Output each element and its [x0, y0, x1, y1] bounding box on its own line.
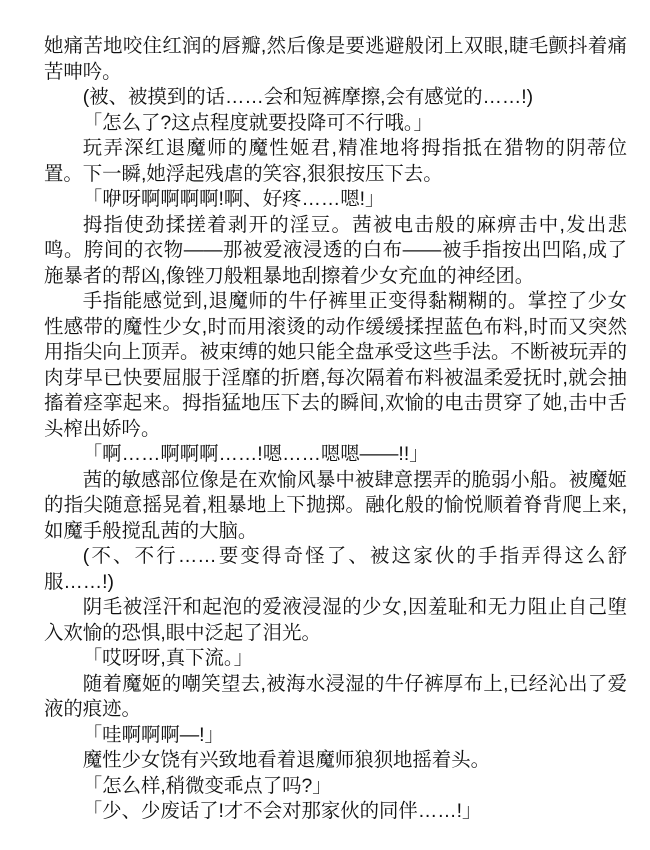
dialogue-paragraph: 「哇啊啊啊—!」	[44, 723, 627, 749]
novel-page: 她痛苦地咬住红润的唇瓣,然后像是要逃避般闭上双眼,睫毛颤抖着痛苦呻吟。 (被、被…	[0, 0, 650, 850]
narration-paragraph: 手指能感觉到,退魔师的牛仔裤里正变得黏糊糊的。掌控了少女性感带的魔性少女,时而用…	[44, 289, 627, 442]
narration-paragraph: 阴毛被淫汗和起泡的爱液浸湿的少女,因羞耻和无力阻止自己堕入欢愉的恐惧,眼中泛起了…	[44, 595, 627, 646]
dialogue-paragraph: 「怎么样,稍微变乖点了吗?」	[44, 774, 627, 800]
dialogue-paragraph: 「啊……啊啊啊……!嗯……嗯嗯——!!」	[44, 442, 627, 468]
narration-paragraph: 她痛苦地咬住红润的唇瓣,然后像是要逃避般闭上双眼,睫毛颤抖着痛苦呻吟。	[44, 34, 627, 85]
dialogue-paragraph: 「哎呀呀,真下流。」	[44, 646, 627, 672]
dialogue-paragraph: 「咿呀啊啊啊啊!啊、好疼……嗯!」	[44, 187, 627, 213]
thought-paragraph: (被、被摸到的话……会和短裤摩擦,会有感觉的……!)	[44, 85, 627, 111]
narration-paragraph: 拇指使劲揉搓着剥开的淫豆。茜被电击般的麻痹击中,发出悲鸣。胯间的衣物——那被爱液…	[44, 213, 627, 290]
dialogue-paragraph: 「少、少废话了!才不会对那家伙的同伴……!」	[44, 799, 627, 825]
dialogue-paragraph: 「怎么了?这点程度就要投降可不行哦。」	[44, 111, 627, 137]
narration-paragraph: 玩弄深红退魔师的魔性姬君,精准地将拇指抵在猎物的阴蒂位置。下一瞬,她浮起残虐的笑…	[44, 136, 627, 187]
thought-paragraph: (不、不行……要变得奇怪了、被这家伙的手指弄得这么舒服……!)	[44, 544, 627, 595]
narration-paragraph: 随着魔姬的嘲笑望去,被海水浸湿的牛仔裤厚布上,已经沁出了爱液的痕迹。	[44, 672, 627, 723]
narration-paragraph: 茜的敏感部位像是在欢愉风暴中被肆意摆弄的脆弱小船。被魔姬的指尖随意摇晃着,粗暴地…	[44, 468, 627, 545]
narration-paragraph: 魔性少女饶有兴致地看着退魔师狼狈地摇着头。	[44, 748, 627, 774]
